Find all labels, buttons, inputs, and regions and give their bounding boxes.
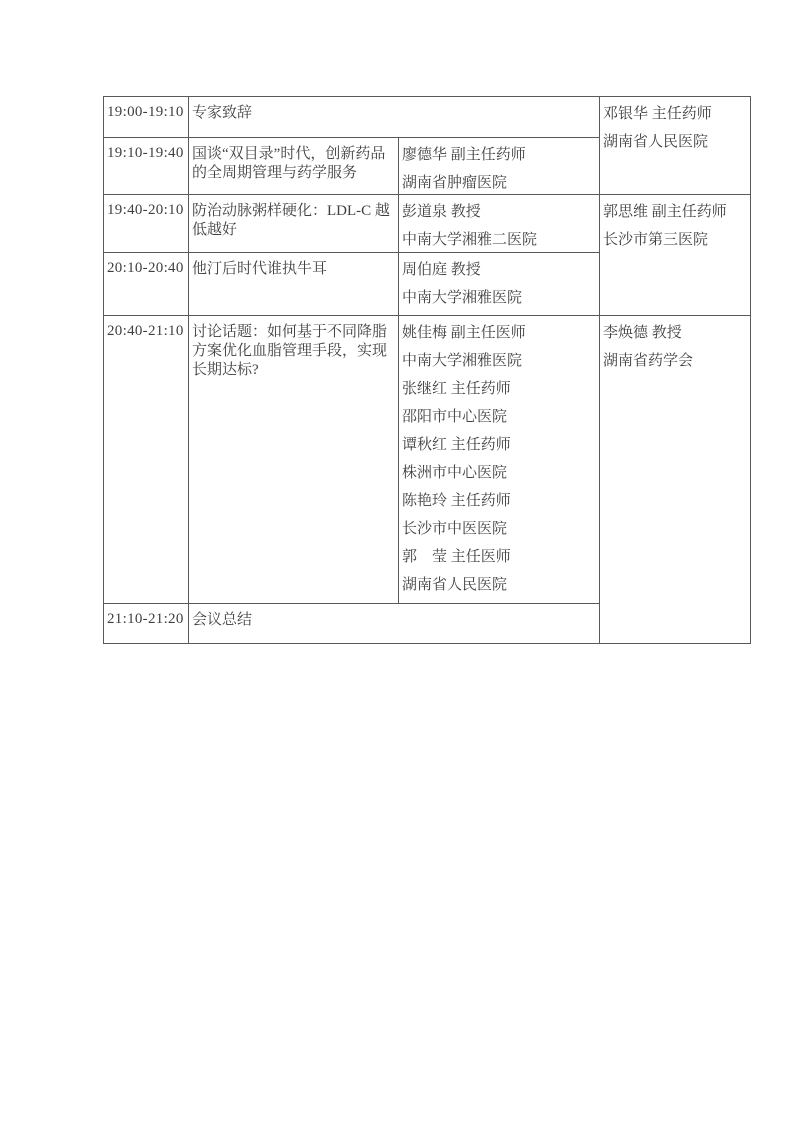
chair-cell: 李焕德 教授 湖南省药学会 (600, 316, 751, 644)
speaker-cell: 周伯庭 教授 中南大学湘雅医院 (399, 253, 600, 316)
speaker-org: 湖南省人民医院 (402, 575, 597, 595)
speaker-name: 彭道泉 教授 (402, 202, 597, 222)
speaker-name: 廖德华 副主任药师 (402, 145, 597, 165)
topic-text: 讨论话题：如何基于不同降脂方案优化血脂管理手段，实现长期达标? (192, 323, 396, 380)
chair-org: 湖南省药学会 (603, 351, 748, 371)
table-row: 19:40-20:10 防治动脉粥样硬化：LDL-C 越低越好 彭道泉 教授 中… (104, 195, 751, 253)
topic-cell: 讨论话题：如何基于不同降脂方案优化血脂管理手段，实现长期达标? (189, 316, 399, 604)
speaker-name: 张继红 主任药师 (402, 379, 597, 399)
chair-cell: 郭思维 副主任药师 长沙市第三医院 (600, 195, 751, 316)
speaker-org: 中南大学湘雅医院 (402, 288, 597, 308)
chair-name: 李焕德 教授 (603, 323, 748, 343)
speaker-org: 湖南省肿瘤医院 (402, 173, 597, 193)
topic-text: 专家致辞 (192, 104, 597, 123)
topic-text: 会议总结 (192, 611, 597, 630)
time-cell: 20:40-21:10 (104, 316, 189, 604)
speaker-cell: 彭道泉 教授 中南大学湘雅二医院 (399, 195, 600, 253)
time-cell: 21:10-21:20 (104, 604, 189, 644)
topic-cell: 国谈“双目录”时代，创新药品的全周期管理与药学服务 (189, 138, 399, 195)
speaker-name: 陈艳玲 主任药师 (402, 491, 597, 511)
chair-name: 邓银华 主任药师 (603, 104, 748, 124)
speaker-name: 姚佳梅 副主任医师 (402, 323, 597, 343)
time-cell: 20:10-20:40 (104, 253, 189, 316)
speaker-org: 中南大学湘雅二医院 (402, 230, 597, 250)
speaker-name: 周伯庭 教授 (402, 260, 597, 280)
speaker-list-cell: 姚佳梅 副主任医师 中南大学湘雅医院 张继红 主任药师 邵阳市中心医院 谭秋红 … (399, 316, 600, 604)
speaker-org: 株洲市中心医院 (402, 463, 597, 483)
topic-text: 国谈“双目录”时代，创新药品的全周期管理与药学服务 (192, 145, 396, 183)
speaker-org: 长沙市中医医院 (402, 519, 597, 539)
topic-text: 防治动脉粥样硬化：LDL-C 越低越好 (192, 202, 396, 240)
table-row: 19:00-19:10 专家致辞 邓银华 主任药师 湖南省人民医院 (104, 97, 751, 138)
topic-cell: 防治动脉粥样硬化：LDL-C 越低越好 (189, 195, 399, 253)
topic-cell: 专家致辞 (189, 97, 600, 138)
chair-org: 湖南省人民医院 (603, 132, 748, 152)
speaker-name: 谭秋红 主任药师 (402, 435, 597, 455)
topic-cell: 他汀后时代谁执牛耳 (189, 253, 399, 316)
speaker-org: 中南大学湘雅医院 (402, 351, 597, 371)
time-cell: 19:10-19:40 (104, 138, 189, 195)
time-cell: 19:00-19:10 (104, 97, 189, 138)
document-page: 19:00-19:10 专家致辞 邓银华 主任药师 湖南省人民医院 19:10-… (0, 0, 800, 1131)
topic-text: 他汀后时代谁执牛耳 (192, 260, 396, 279)
time-cell: 19:40-20:10 (104, 195, 189, 253)
chair-name: 郭思维 副主任药师 (603, 202, 748, 222)
speaker-org: 邵阳市中心医院 (402, 407, 597, 427)
topic-cell: 会议总结 (189, 604, 600, 644)
agenda-table: 19:00-19:10 专家致辞 邓银华 主任药师 湖南省人民医院 19:10-… (103, 96, 751, 644)
table-row: 20:40-21:10 讨论话题：如何基于不同降脂方案优化血脂管理手段，实现长期… (104, 316, 751, 604)
chair-cell: 邓银华 主任药师 湖南省人民医院 (600, 97, 751, 195)
chair-org: 长沙市第三医院 (603, 230, 748, 250)
speaker-cell: 廖德华 副主任药师 湖南省肿瘤医院 (399, 138, 600, 195)
speaker-name: 郭 莹 主任医师 (402, 547, 597, 567)
